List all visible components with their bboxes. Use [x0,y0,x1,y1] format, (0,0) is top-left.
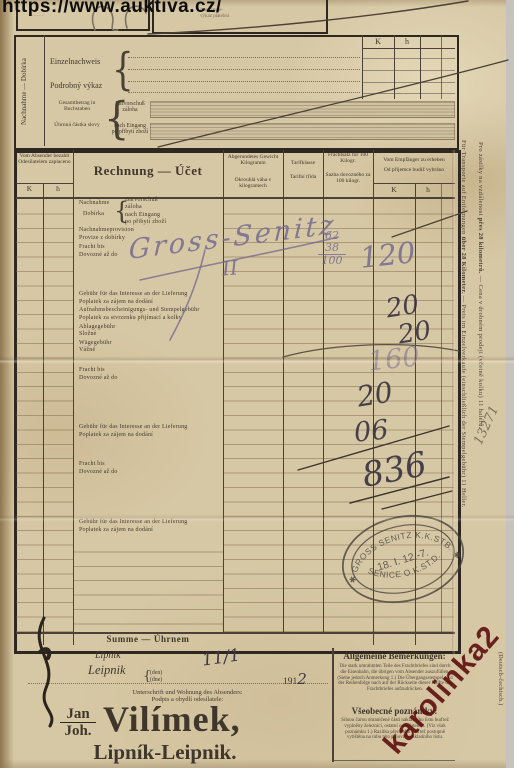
dne-label: (dne) [150,677,162,684]
scanned-waybill: ········· odesílatele- výkaz platební Na… [0,0,514,768]
auction-site-url: https://www.auktiva.cz/ [2,0,222,18]
margin-cz-post: — Cena v drobném prodeji (včetně kolku) … [477,274,484,429]
grid-line [441,35,442,99]
hw-weight-sum: 100 [318,255,346,267]
signature-caption-de: Unterschrift und Wohnung des Absenders: [70,689,305,696]
grid-line [362,70,455,71]
row-label: Nachnahme [79,200,109,207]
notes-box-bottom [332,760,455,761]
notes-box-border [332,648,334,762]
gesamtbetrag-label: Gesamtbetrag in Buchstaben [46,100,108,112]
sender-name-cz: Joh. [60,723,96,739]
margin-note-cz: Pro zásilky na vzdálenost přes 28 kilome… [477,142,484,662]
sender-surname: Vilímek, [103,698,241,740]
hw-amount: 06 [352,414,389,448]
paid-h: h [43,184,73,193]
hw-ref-number: 13271 [471,404,502,448]
ruled-lines [16,200,73,632]
row-label: Wägegebühr [79,340,112,347]
city-line1: Lipnik [95,650,121,661]
margin-de-bold: über 28 Kilometer. [460,237,467,294]
h-header: h [394,37,420,46]
grid-line [362,93,455,94]
row-sublabel: po přibytí zboží [125,219,166,226]
row-label: Poplatek za stvrzenku přijímací a kolky [79,315,182,322]
row-label: Aufnahmsbescheinigungs- und Stempelgebüh… [79,307,200,314]
grid-line [362,58,455,59]
class-header-cz: Tarifní třída [284,174,322,180]
col-divider [73,150,74,645]
nachnahme-side-label: Nachnahme — Dobírka [20,40,40,143]
nach-eingang-cz: po přibytí zboží [107,129,153,135]
sender-city: Lipník-Leipnik. [35,740,295,765]
row-label: Dobírka [83,211,104,218]
row-sublabel: záloha [125,204,142,211]
header-underline [16,197,455,199]
summe-row: Summe — Úhrnem [73,634,223,644]
hatched-bar [150,123,455,140]
row-label: Dovozné až do [79,252,118,259]
notes-title-de: Allgemeine Bemerkungen: [334,651,455,661]
row-label: Nachnahmeprovision [79,227,134,234]
hw-year-digit: 2 [297,670,307,688]
collect-k: K [373,185,415,194]
margin-de-post: — Preis im Einzelverkaufe (einschließlic… [460,294,467,508]
paid-header: Vom Absender bezahlt Odesílatelem zaplac… [16,153,73,165]
sender-name-fraction: Jan Joh. [60,706,96,739]
row-label: Vážné [79,347,95,354]
row-sublabel: nach Eingang [125,212,160,219]
row-label: Provize z dobírky [79,235,125,242]
hw-weight: 62 38 100 [318,230,346,267]
rate-header-de: Frachtsatz für 100 Kilogr. [324,152,372,164]
row-label: Gebühr für das Interesse an der Lieferun… [79,291,188,298]
hatched-bar [150,101,455,118]
subheader-line [373,183,455,184]
grid-line [362,48,455,49]
row-label: Fracht bis [79,367,105,374]
margin-cz-pre: Pro zásilky na vzdálenost [477,142,484,218]
hw-class-mark: II [221,255,239,280]
row-label: Fracht bis [79,461,105,468]
dotted-line [128,81,360,82]
dotted-line [128,69,360,70]
barvorschuss-label: Barvorschuß záloha [110,101,150,114]
row-label: Dovozné až do [79,375,118,382]
dotted-line [128,57,360,58]
fold-crease [0,356,514,364]
podrobny-vykaz-label: Podrobný výkaz [50,81,102,90]
fold-crease [0,514,514,522]
hw-amount: 120 [358,235,417,275]
den-dne-label: (den) (dne) [150,670,162,683]
grid-line [420,35,421,99]
nachnahme-strip-divider [44,35,45,146]
margin-note-de: Für Transporte auf Entfernungen über 28 … [460,140,467,645]
row-label: Poplatek za zájem na dodání [79,527,153,534]
grid-line [362,82,455,83]
scan-edge [506,0,514,768]
col-divider [43,183,44,645]
row-label: Složné [79,331,97,338]
row-label: Poplatek za zájem na dodání [79,432,153,439]
uhrnna-castka-label: Úhrnná částka slovy [46,122,108,128]
k-header: K [362,37,394,46]
paid-cz: Odesílatelem zaplaceno [16,159,73,165]
rate-header-cz: Sazba dovozného za 100 kilogr. [324,172,372,184]
row-label: Ablagegebühr [79,324,115,331]
weight-header-cz: Okrouhlá váha v kilogramech [224,177,282,189]
margin-cz-bold: přes 28 kilometrů. [477,218,484,274]
hw-date: 11/1 [201,645,242,670]
class-header-de: Tarifklasse [284,160,322,166]
hw-amount: 20 [355,375,395,413]
collect-header-cz: Od příjemce budiž vybráno [375,167,453,173]
fold-crease-vertical [452,150,455,655]
barvorschuss-cz: záloha [110,107,150,113]
sender-name-de: Jan [60,706,96,723]
row-label: Poplatek za zájem na dodání [79,299,153,306]
ruled-lines [73,538,223,632]
row-label: Fracht bis [79,244,105,251]
lang-note: (Deutsch-čechisch.) [497,652,503,764]
collect-h: h [415,185,441,194]
nach-eingang-label: nach Eingang po přibytí zboží [107,123,153,136]
year-printed: 1912 [283,670,307,688]
dotted-line [128,92,360,93]
collect-header-de: Vom Empfänger zu erheben [375,157,453,163]
row-label: Dovozné až do [79,469,118,476]
year-printed-digits: 191 [283,677,297,687]
margin-de-pre: Für Transporte auf Entfernungen [460,140,467,237]
row-sublabel: Barvorschuß [125,197,158,204]
paid-k: K [16,184,43,193]
einzelnachweis-label: Einzelnachweis [50,57,100,66]
weight-header-de: Abgerundetes Gewicht Kilogramm [224,154,282,166]
account-header: Rechnung — Účet [75,163,221,179]
row-label: Gebühr für das Interesse an der Lieferun… [79,424,188,431]
city-line2: Leipnik [88,663,126,678]
den-label: (den) [150,670,162,677]
brace-icon: { [112,44,134,96]
